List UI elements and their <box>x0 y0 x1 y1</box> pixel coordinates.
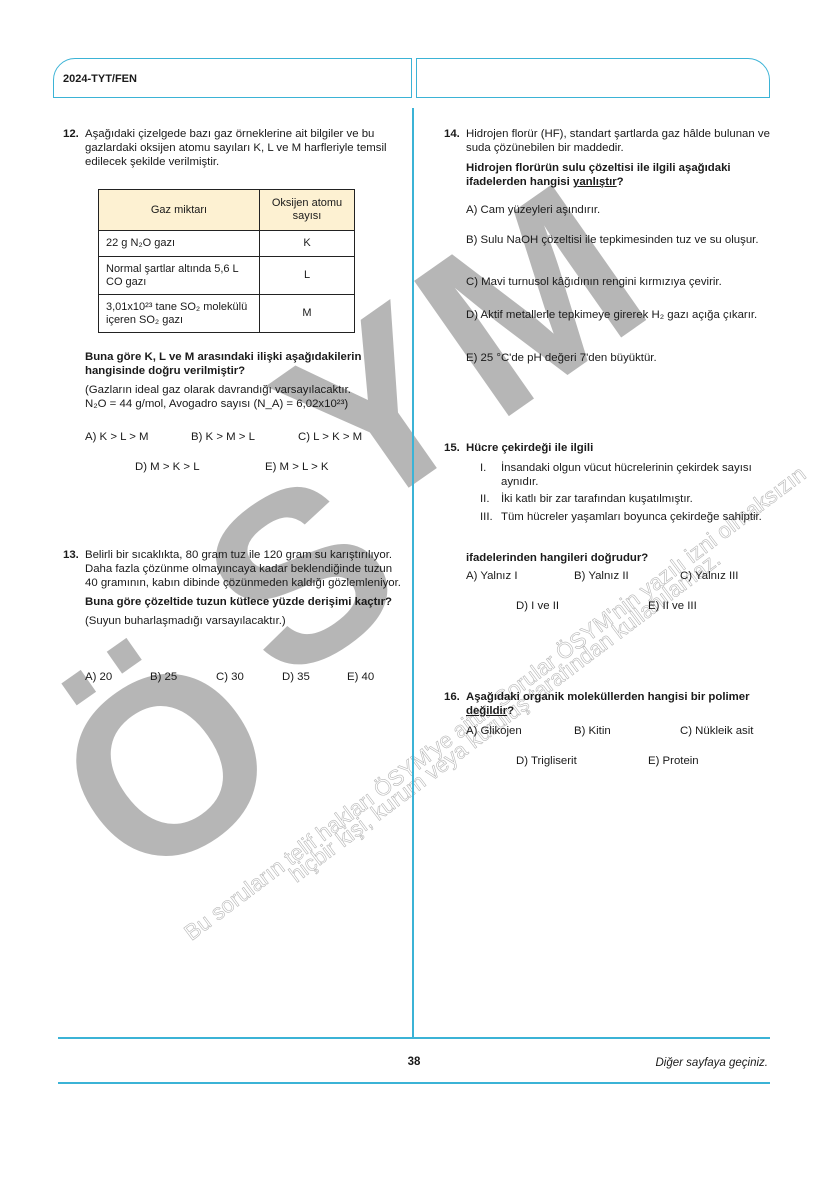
question-stem: Aşağıdaki çizelgede bazı gaz örneklerine… <box>85 127 403 169</box>
question-stem: Belirli bir sıcaklıkta, 80 gram tuz ile … <box>85 548 403 590</box>
question-12-prompt: Buna göre K, L ve M arasındaki ilişki aş… <box>85 350 403 411</box>
question-12-options: A) K > L > M B) K > M > L C) L > K > M D… <box>85 431 403 471</box>
question-13-options: A) 20 B) 25 C) 30 D) 35 E) 40 <box>85 671 403 685</box>
question-note: N₂O = 44 g/mol, Avogadro sayısı (N_A) = … <box>85 397 403 411</box>
question-number: 13. <box>63 548 79 562</box>
table-cell: 3,01x10²³ tane SO₂ molekülü içeren SO₂ g… <box>99 295 260 333</box>
option-b[interactable]: B) Kitin <box>574 725 611 737</box>
question-note: (Gazların ideal gaz olarak davrandığı va… <box>85 383 403 397</box>
question-note: (Suyun buharlaşmadığı varsayılacaktır.) <box>85 614 403 628</box>
footer-top-rule <box>58 1037 770 1039</box>
question-16: 16. Aşağıdaki organik moleküllerden hang… <box>444 690 784 718</box>
table-cell: 22 g N₂O gazı <box>99 231 260 257</box>
option-b[interactable]: B) Yalnız II <box>574 570 629 582</box>
header-right-box <box>416 58 770 98</box>
option-b[interactable]: B) 25 <box>150 671 177 683</box>
question-text: Buna göre çözeltide tuzun kütlece yüzde … <box>85 595 403 609</box>
question-number: 12. <box>63 127 79 141</box>
table-header: Gaz miktarı <box>99 190 260 231</box>
table-row: 3,01x10²³ tane SO₂ molekülü içeren SO₂ g… <box>99 295 355 333</box>
option-b[interactable]: B) K > M > L <box>191 431 255 443</box>
question-text: Hidrojen florürün sulu çözeltisi ile ilg… <box>466 161 774 189</box>
option-a[interactable]: A) K > L > M <box>85 431 149 443</box>
exam-title: 2024-TYT/FEN <box>63 73 137 85</box>
table-cell: K <box>260 231 355 257</box>
statement-ii: II. İki katlı bir zar tarafından kuşatıl… <box>480 493 780 507</box>
table-cell: M <box>260 295 355 333</box>
option-e[interactable]: E) M > L > K <box>265 461 329 473</box>
question-text: Buna göre K, L ve M arasındaki ilişki aş… <box>85 350 403 378</box>
option-d[interactable]: D) Trigliserit <box>516 755 577 767</box>
option-a[interactable]: A) 20 <box>85 671 112 683</box>
question-number: 14. <box>444 127 460 141</box>
question-12: 12. Aşağıdaki çizelgede bazı gaz örnekle… <box>63 127 403 169</box>
watermark-letter-o: Ö <box>16 607 319 923</box>
question-15-statements: I. İnsandaki olgun vücut hücrelerinin çe… <box>480 462 780 524</box>
question-number: 15. <box>444 441 460 455</box>
option-a[interactable]: A) Glikojen <box>466 725 522 737</box>
table-row: 22 g N₂O gazı K <box>99 231 355 257</box>
next-page-notice: Diğer sayfaya geçiniz. <box>656 1057 769 1069</box>
gas-table: Gaz miktarı Oksijen atomu sayısı 22 g N₂… <box>98 189 355 333</box>
option-c[interactable]: C) Mavi turnusol kâğıdının rengini kırmı… <box>466 275 722 289</box>
option-e[interactable]: E) 40 <box>347 671 374 683</box>
footer-bottom-rule <box>58 1082 770 1084</box>
option-a[interactable]: A) Yalnız I <box>466 570 518 582</box>
option-e[interactable]: E) 25 °C'de pH değeri 7'den büyüktür. <box>466 351 657 365</box>
question-text: ifadelerinden hangileri doğrudur? <box>466 551 776 565</box>
table-row: Normal şartlar altında 5,6 L CO gazı L <box>99 257 355 295</box>
option-d[interactable]: D) I ve II <box>516 600 559 612</box>
header-left-box: 2024-TYT/FEN <box>53 58 412 98</box>
option-e[interactable]: E) II ve III <box>648 600 697 612</box>
statement-iii: III. Tüm hücreler yaşamları boyunca çeki… <box>480 511 771 525</box>
question-15: 15. Hücre çekirdeği ile ilgili <box>444 441 779 455</box>
option-d[interactable]: D) 35 <box>282 671 310 683</box>
option-b[interactable]: B) Sulu NaOH çözeltisi ile tepkimesinden… <box>466 233 778 247</box>
option-c[interactable]: C) Nükleik asit <box>680 725 753 737</box>
table-header: Oksijen atomu sayısı <box>260 190 355 231</box>
statement-i: I. İnsandaki olgun vücut hücrelerinin çe… <box>480 462 780 489</box>
question-14: 14. Hidrojen florür (HF), standart şartl… <box>444 127 774 189</box>
question-15-options: A) Yalnız I B) Yalnız II C) Yalnız III D… <box>466 570 776 614</box>
option-c[interactable]: C) 30 <box>216 671 244 683</box>
option-c[interactable]: C) L > K > M <box>298 431 362 443</box>
column-divider <box>412 108 414 1038</box>
option-c[interactable]: C) Yalnız III <box>680 570 738 582</box>
table-cell: L <box>260 257 355 295</box>
question-stem: Hücre çekirdeği ile ilgili <box>466 441 779 455</box>
question-15-prompt: ifadelerinden hangileri doğrudur? <box>466 551 776 565</box>
question-stem: Hidrojen florür (HF), standart şartlarda… <box>466 127 774 155</box>
question-number: 16. <box>444 690 460 704</box>
question-16-options: A) Glikojen B) Kitin C) Nükleik asit D) … <box>466 725 776 769</box>
option-e[interactable]: E) Protein <box>648 755 699 767</box>
option-d[interactable]: D) M > K > L <box>135 461 200 473</box>
question-text: Aşağıdaki organik moleküllerden hangisi … <box>466 690 784 718</box>
table-cell: Normal şartlar altında 5,6 L CO gazı <box>99 257 260 295</box>
question-13: 13. Belirli bir sıcaklıkta, 80 gram tuz … <box>63 548 403 628</box>
option-d[interactable]: D) Aktif metallerle tepkimeye girerek H₂… <box>466 305 778 325</box>
option-a[interactable]: A) Cam yüzeyleri aşındırır. <box>466 203 600 217</box>
watermark-letter-m: M <box>379 144 680 455</box>
